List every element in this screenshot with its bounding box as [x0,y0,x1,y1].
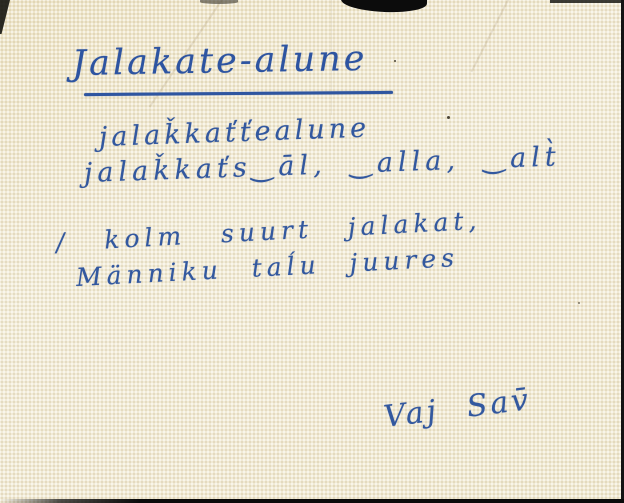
ink-speck [394,60,396,62]
ink-speck [447,116,450,119]
scan-edge-bottom [0,499,624,503]
card-title: Jalakate-alune [72,39,368,84]
paper-crease [471,0,516,72]
scan-artifact-top-blob [341,0,428,13]
scan-artifact-top-edge [550,0,624,3]
index-card-scan: Jalakate-alune jalaǩkaťťealune jalaǩkaťs… [0,0,624,503]
title-underline [84,91,393,96]
scan-artifact-top-smudge [200,0,238,4]
scan-artifact-corner-left [0,0,10,34]
ink-speck [578,302,580,304]
signature: Vaj Sav̄ [382,382,533,435]
phonetic-line-1: jalaǩkaťťealune [98,113,370,153]
